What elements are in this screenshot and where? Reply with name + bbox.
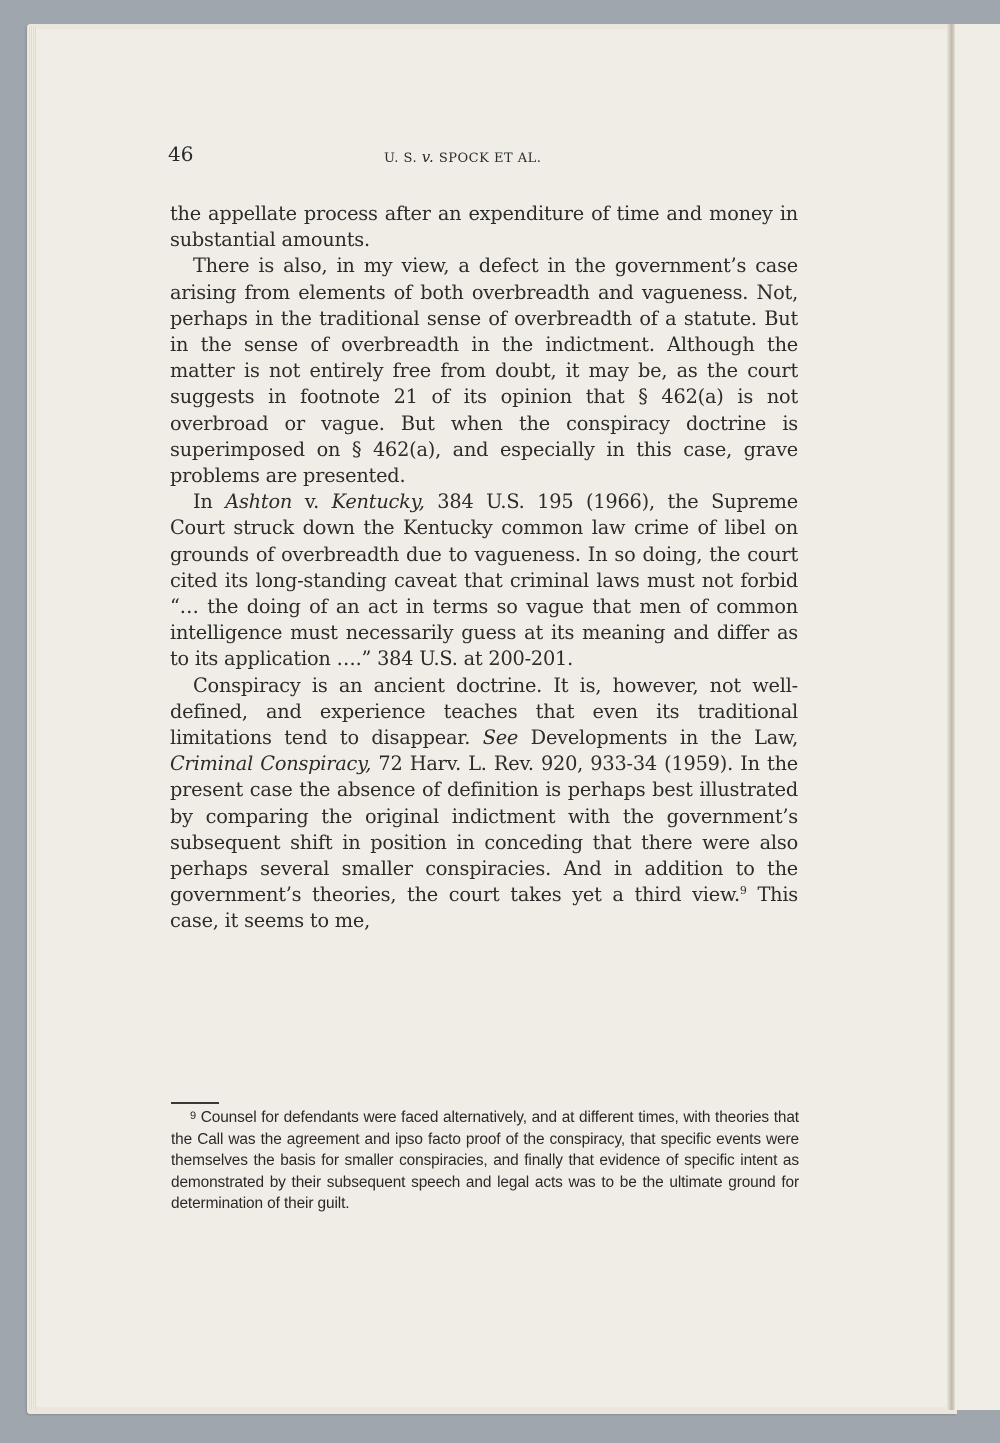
book-gutter: [947, 24, 955, 1410]
p4-mid1: Developments in the Law,: [518, 726, 798, 749]
footnote-9: 9 Counsel for defendants were faced alte…: [171, 1106, 799, 1215]
page-header: 46 U. S. v. SPOCK ET AL.: [168, 142, 808, 172]
p3-lead: In: [193, 490, 225, 513]
running-head-suffix: SPOCK ET AL.: [439, 151, 542, 166]
running-head-versus: v.: [422, 148, 434, 166]
signal-see: See: [483, 726, 518, 749]
footnote-text: Counsel for defendants were faced altern…: [171, 1109, 799, 1212]
body-text: the appellate process after an expenditu…: [170, 201, 798, 935]
case-name-ashton: Ashton: [225, 490, 292, 513]
footnote-paragraph: 9 Counsel for defendants were faced alte…: [171, 1106, 799, 1215]
footnote-marker: 9: [190, 1110, 196, 1122]
footnote-reference-9[interactable]: 9: [740, 884, 747, 897]
paragraph-3: In Ashton v. Kentucky, 384 U.S. 195 (196…: [170, 489, 798, 672]
running-head: U. S. v. SPOCK ET AL.: [384, 148, 541, 166]
p3-rest: 384 U.S. 195 (1966), the Supreme Court s…: [170, 490, 798, 670]
paragraph-1: the appellate process after an expenditu…: [170, 201, 798, 253]
article-title: Criminal Conspiracy,: [170, 752, 371, 775]
p3-versus: v.: [292, 490, 332, 513]
p4-mid2: 72 Harv. L. Rev. 920, 933-34 (1959). In …: [170, 752, 798, 906]
facing-page-edge: [955, 24, 1000, 1410]
paragraph-4: Conspiracy is an ancient doctrine. It is…: [170, 673, 798, 935]
page-number: 46: [168, 142, 193, 166]
page-edges: [28, 26, 36, 1410]
paragraph-2: There is also, in my view, a defect in t…: [170, 253, 798, 489]
footnote-divider: [171, 1102, 219, 1104]
running-head-prefix: U. S.: [384, 151, 417, 166]
case-name-kentucky: Kentucky,: [332, 490, 425, 513]
